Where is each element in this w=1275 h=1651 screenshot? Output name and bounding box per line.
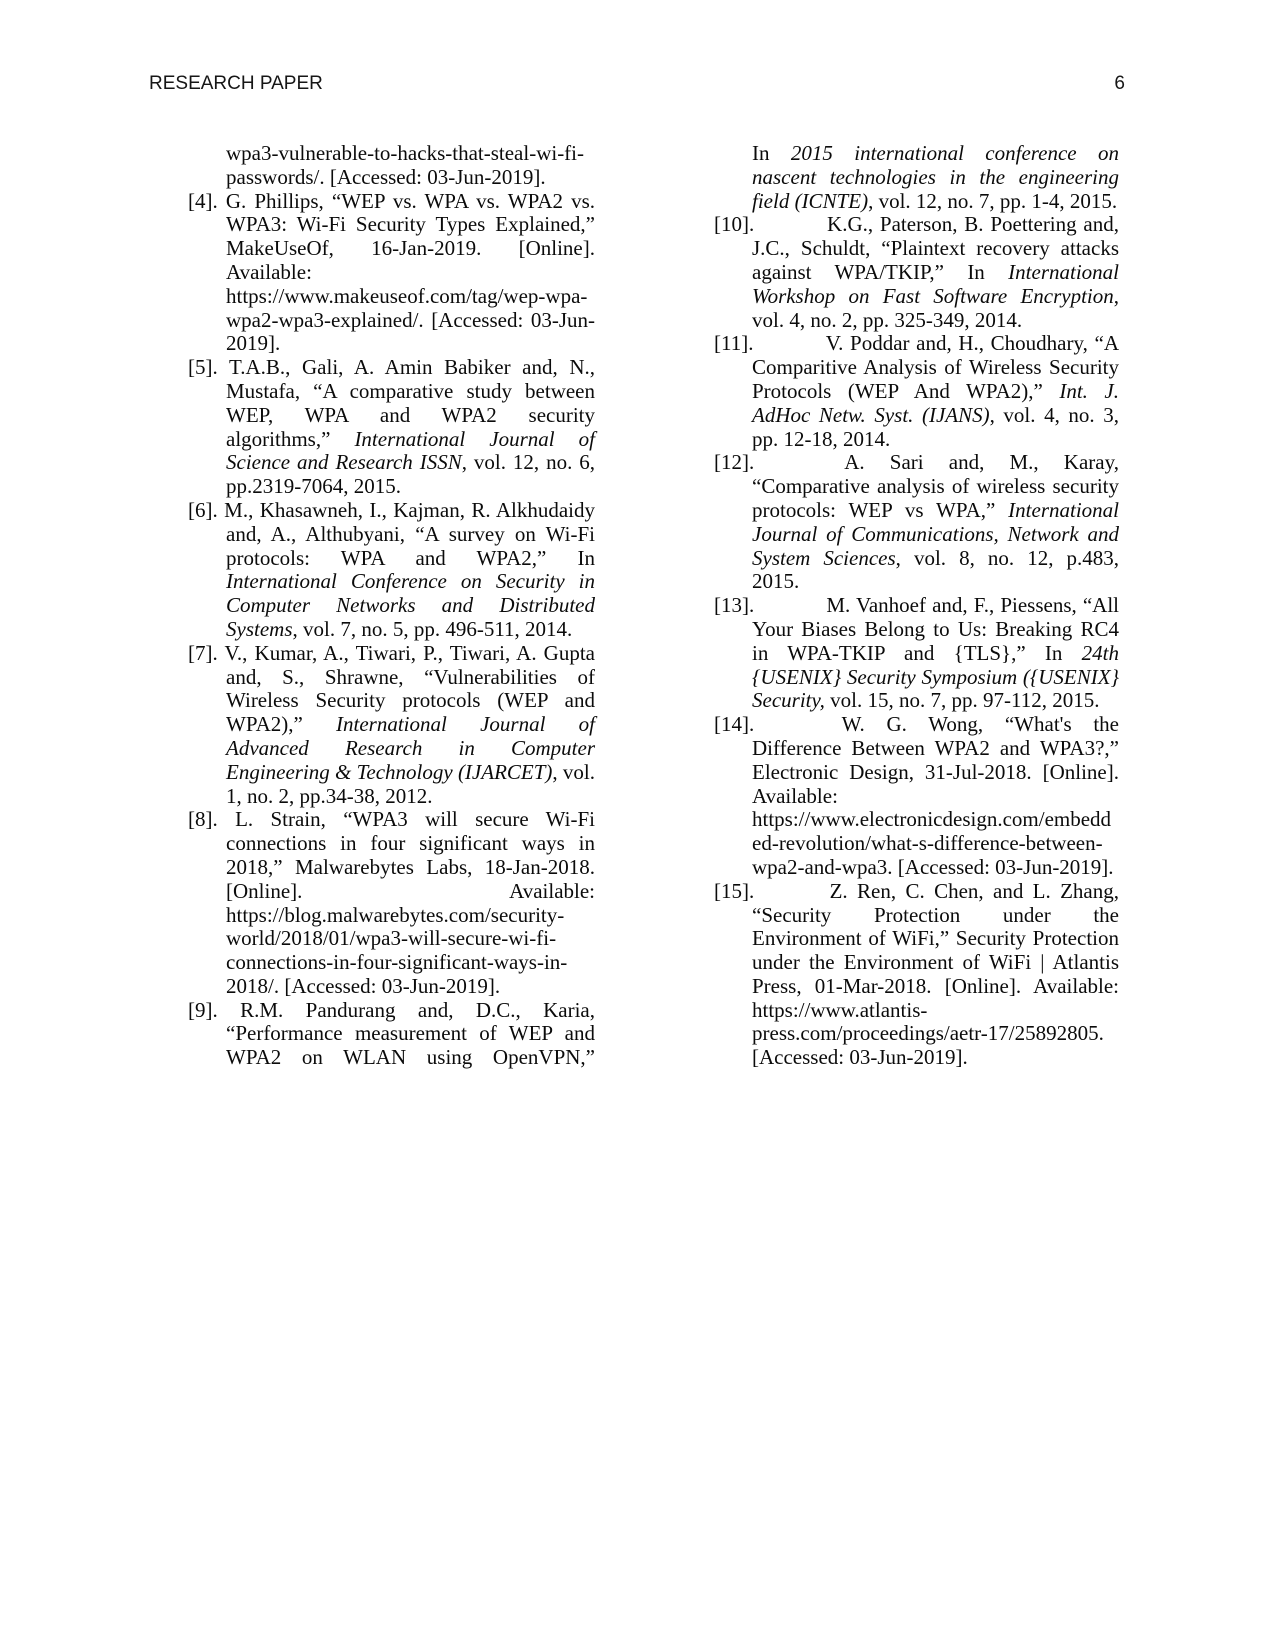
reference-entry: [14]. W. G. Wong, “What's the Difference… — [714, 713, 1119, 880]
page-number: 6 — [1114, 72, 1125, 96]
reference-entry: [15]. Z. Ren, C. Chen, and L. Zhang, “Se… — [714, 880, 1119, 1070]
reference-number: [9]. — [188, 998, 218, 1022]
reference-text: Z. Ren, C. Chen, and L. Zhang, “Security… — [752, 879, 1119, 1070]
reference-text: G. Phillips, “WEP vs. WPA vs. WPA2 vs. W… — [226, 189, 595, 356]
reference-text: M., Khasawneh, I., Kajman, R. Alkhudaidy… — [224, 498, 595, 570]
reference-text: vol. 15, no. 7, pp. 97-112, 2015. — [825, 688, 1100, 712]
reference-entry: [5]. T.A.B., Gali, A. Amin Babiker and, … — [188, 356, 595, 499]
reference-number: [8]. — [188, 807, 218, 831]
reference-number: [12]. — [714, 450, 754, 474]
reference-number: [11]. — [714, 331, 753, 355]
references-columns: wpa3-vulnerable-to-hacks-that-steal-wi-f… — [188, 142, 1119, 1070]
reference-text: R.M. Pandurang and, D.C., Karia, “Perfor… — [226, 998, 595, 1070]
reference-entry: [12]. A. Sari and, M., Karay, “Comparati… — [714, 451, 1119, 594]
reference-number: [7]. — [188, 641, 218, 665]
reference-number: [13]. — [714, 593, 754, 617]
reference-entry: [8]. L. Strain, “WPA3 will secure Wi-Fi … — [188, 808, 595, 998]
reference-entry: [6]. M., Khasawneh, I., Kajman, R. Alkhu… — [188, 499, 595, 642]
reference-text: M. Vanhoef and, F., Piessens, “All Your … — [752, 593, 1119, 665]
reference-text: W. G. Wong, “What's the Difference Betwe… — [752, 712, 1119, 879]
reference-number: [4]. — [188, 189, 218, 213]
reference-entry: [9]. R.M. Pandurang and, D.C., Karia, “P… — [188, 999, 595, 1070]
reference-text: In — [752, 141, 791, 165]
reference-continuation: wpa3-vulnerable-to-hacks-that-steal-wi-f… — [188, 142, 595, 190]
reference-entry: [4]. G. Phillips, “WEP vs. WPA vs. WPA2 … — [188, 190, 595, 357]
reference-number: [6]. — [188, 498, 218, 522]
reference-text: , vol. 12, no. 7, pp. 1-4, 2015. — [868, 189, 1117, 213]
reference-entry: [7]. V., Kumar, A., Tiwari, P., Tiwari, … — [188, 642, 595, 809]
reference-entry: [11]. V. Poddar and, H., Choudhary, “A C… — [714, 332, 1119, 451]
references-column-left: wpa3-vulnerable-to-hacks-that-steal-wi-f… — [188, 142, 595, 1070]
running-head: RESEARCH PAPER — [149, 72, 323, 96]
reference-number: [5]. — [188, 355, 218, 379]
reference-number: [15]. — [714, 879, 754, 903]
paper-page: RESEARCH PAPER 6 wpa3-vulnerable-to-hack… — [0, 0, 1275, 1651]
reference-entry: [10]. K.G., Paterson, B. Poettering and,… — [714, 213, 1119, 332]
reference-text: , vol. 7, no. 5, pp. 496-511, 2014. — [293, 617, 573, 641]
reference-text: L. Strain, “WPA3 will secure Wi-Fi conne… — [226, 807, 595, 998]
reference-text: wpa3-vulnerable-to-hacks-that-steal-wi-f… — [226, 141, 584, 189]
page-header: RESEARCH PAPER 6 — [149, 72, 1125, 96]
references-column-right: In 2015 international conference on nasc… — [714, 142, 1119, 1070]
reference-number: [10]. — [714, 212, 754, 236]
reference-number: [14]. — [714, 712, 754, 736]
reference-continuation: In 2015 international conference on nasc… — [714, 142, 1119, 213]
reference-entry: [13]. M. Vanhoef and, F., Piessens, “All… — [714, 594, 1119, 713]
